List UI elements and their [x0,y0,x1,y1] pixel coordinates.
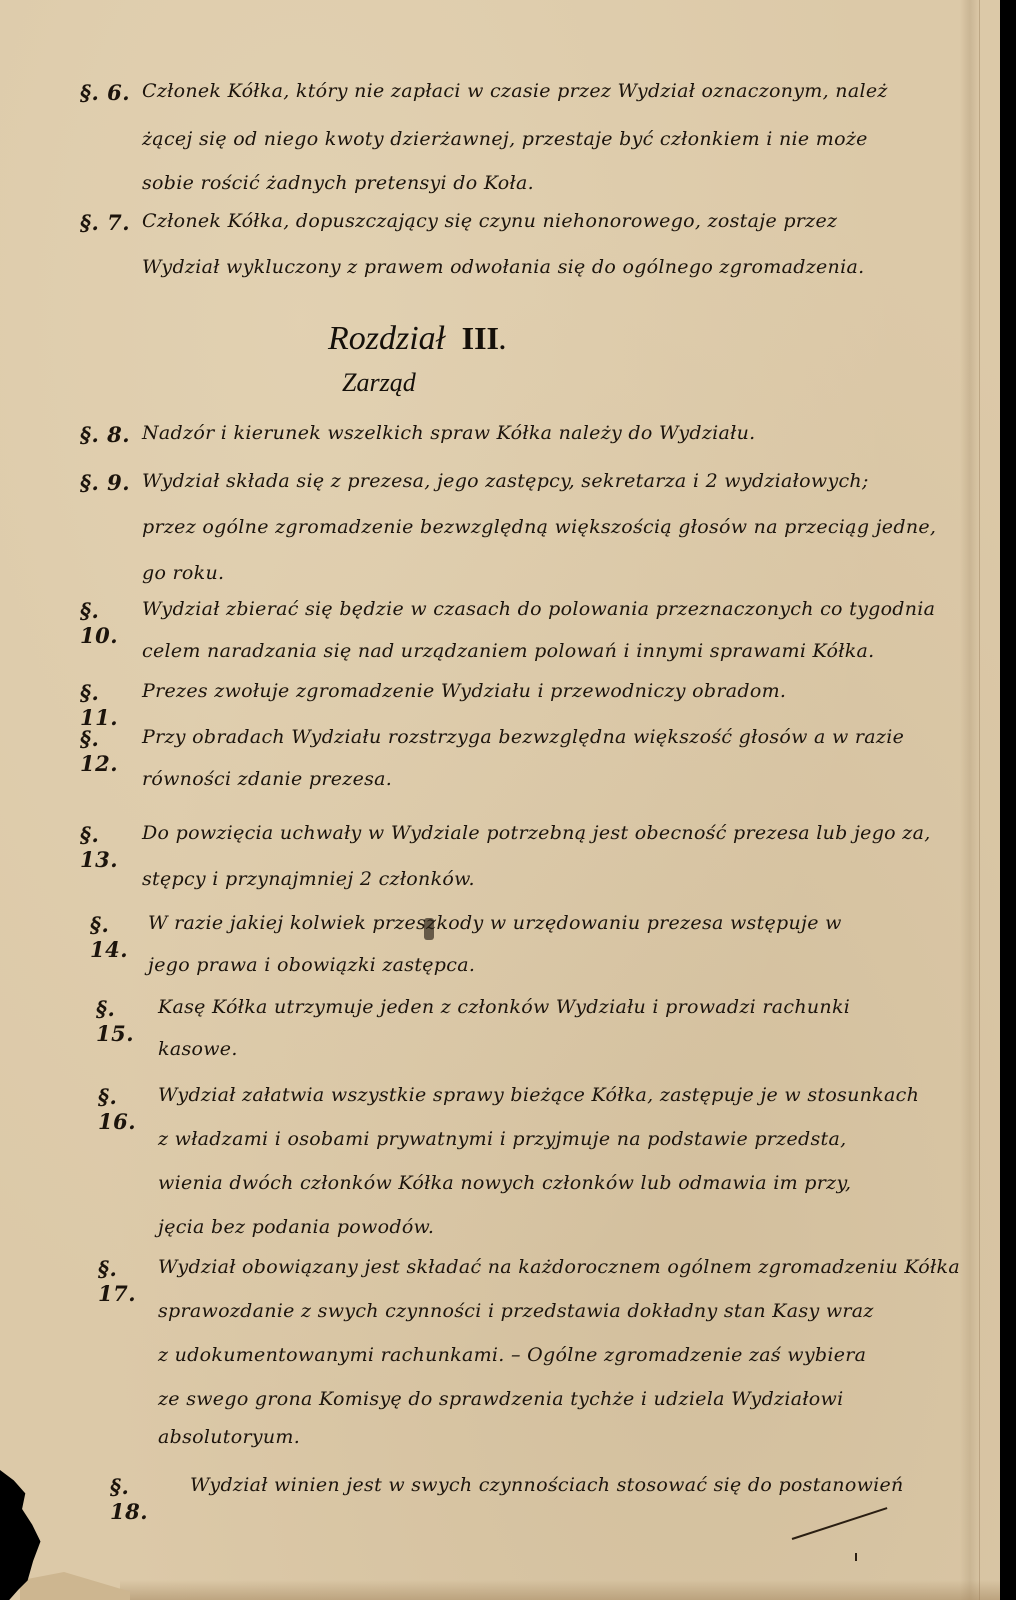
section-line: Do powzięcia uchwały w Wydziale potrzebn… [142,822,931,844]
document-page: §. 6. Członek Kółka, który nie zapłaci w… [0,0,1000,1600]
section-line: sprawozdanie z swych czynności i przedst… [158,1300,874,1322]
section-line: jęcia bez podania powodów. [158,1216,434,1238]
chapter-subtitle: Zarząd [342,368,416,398]
section-line: Wydział załatwia wszystkie sprawy bieżąc… [158,1084,919,1106]
chapter-heading: Rozdział III. [328,320,507,358]
section-number: §. 10. [80,598,140,648]
section-line: go roku. [142,562,224,584]
section-line: Prezes zwołuje zgromadzenie Wydziału i p… [142,680,786,702]
section-number: §. 7. [80,210,140,235]
section-number: §. 17. [98,1256,158,1306]
section-line: wienia dwóch członków Kółka nowych człon… [158,1172,851,1194]
section-number: §. 13. [80,822,140,872]
section-line: żącej się od niego kwoty dzierżawnej, pr… [142,128,868,150]
section-line: Wydział obowiązany jest składać na każdo… [158,1256,960,1278]
section-line: ze swego grona Komisyę do sprawdzenia ty… [158,1388,843,1410]
section-line: jego prawa i obowiązki zastępca. [148,954,475,976]
section-line: Wydział składa się z prezesa, jego zastę… [142,470,869,492]
section-line: W razie jakiej kolwiek przeszkody w urzę… [148,912,842,934]
section-number: §. 14. [90,912,150,962]
section-line: z udokumentowanymi rachunkami. – Ogólne … [158,1344,866,1366]
section-number: §. 12. [80,726,140,776]
pen-stroke-mark [792,1507,888,1540]
section-line: przez ogólne zgromadzenie bezwzględną wi… [142,516,936,538]
section-line: Członek Kółka, który nie zapłaci w czasi… [142,80,888,102]
section-number: §. 9. [80,470,140,495]
chapter-period: . [499,320,508,357]
section-line: stępcy i przynajmniej 2 członków. [142,868,475,890]
section-number: §. 16. [98,1084,158,1134]
manuscript-content: §. 6. Członek Kółka, który nie zapłaci w… [0,0,1000,1600]
section-number: §. 11. [80,680,140,730]
section-line: Wydział winien jest w swych czynnościach… [190,1474,904,1496]
section-line: celem naradzania się nad urządzaniem pol… [142,640,875,662]
section-line: Członek Kółka, dopuszczający się czynu n… [142,210,837,232]
section-number: §. 6. [80,80,140,105]
section-line: sobie rościć żadnych pretensyi do Koła. [142,172,534,194]
section-number: §. 8. [80,422,140,447]
section-line: z władzami i osobami prywatnymi i przyjm… [158,1128,846,1150]
ink-smudge [424,918,434,940]
section-line: Kasę Kółka utrzymuje jeden z członków Wy… [158,996,850,1018]
section-line: absolutoryum. [158,1426,300,1448]
scan-border [1000,0,1016,1600]
page-continuation-mark [855,1553,857,1561]
section-line: Przy obradach Wydziału rozstrzyga bezwzg… [142,726,904,748]
section-line: Wydział wykluczony z prawem odwołania si… [142,256,864,278]
section-line: kasowe. [158,1038,238,1060]
section-line: Nadzór i kierunek wszelkich spraw Kółka … [142,422,756,444]
section-number: §. 18. [110,1474,170,1524]
section-line: równości zdanie prezesa. [142,768,392,790]
section-number: §. 15. [96,996,156,1046]
chapter-title: Rozdział [328,320,445,357]
chapter-number: III [462,320,499,356]
section-line: Wydział zbierać się będzie w czasach do … [142,598,935,620]
